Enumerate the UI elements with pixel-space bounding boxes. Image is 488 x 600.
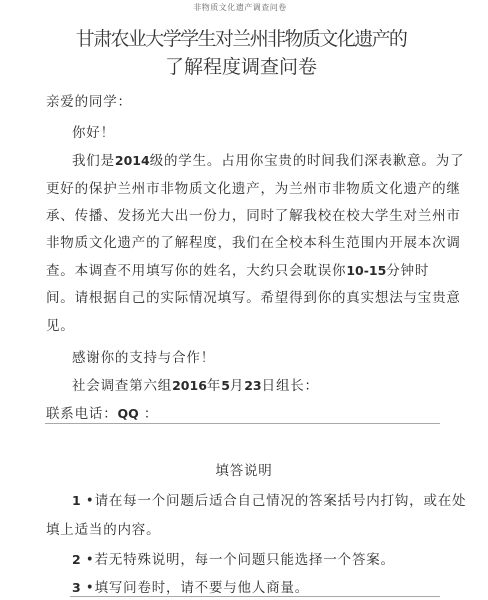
day-unit: 日组长： — [262, 378, 319, 394]
salutation: 亲爱的同学： — [46, 93, 132, 111]
contact-qq: QQ — [118, 406, 139, 421]
contact-label: 联系电话： — [46, 406, 118, 422]
item-number: 1 — [72, 493, 81, 508]
body-line-1: 我们是2014级的学生。占用你宝贵的时间我们深表歉意。为了 — [72, 152, 464, 170]
contact-divider — [45, 423, 440, 424]
signature-month: 5 — [221, 378, 230, 393]
instruction-item-1: 1 •请在每一个问题后适合自己情况的答案括号内打钩，或在处 — [72, 492, 466, 510]
instruction-item-1-cont: 填上适当的内容。 — [46, 521, 160, 539]
signature-line: 社会调查第六组2016年5月23日组长： — [72, 377, 319, 395]
greeting: 你好！ — [72, 124, 115, 142]
year-unit: 年 — [207, 378, 221, 394]
title-line-1: 甘肃农业大学学生对兰州非物质文化遗产的 — [0, 27, 482, 51]
item-number: 2 — [72, 552, 81, 567]
contact-line: 联系电话：QQ ： — [46, 405, 158, 423]
item-text: 填写问卷时，请不要与他人商量。 — [95, 580, 310, 596]
body-line-4: 非物质文化遗产的了解程度，我们在全校本科生范围内开展本次调 — [46, 234, 461, 252]
instructions-divider — [70, 596, 440, 597]
item-number: 3 — [72, 580, 81, 595]
body-year: 2014 — [115, 153, 150, 168]
bullet-icon: • — [81, 580, 95, 596]
item-text: 若无特殊说明，每一个问题只能选择一个答案。 — [95, 552, 395, 568]
body-duration: 10-15 — [346, 263, 386, 278]
body-line-2: 更好的保护兰州市非物质文化遗产，为兰州市非物质文化遗产的继 — [46, 180, 461, 198]
body-text: 级的学生。占用你宝贵的时间我们深表歉意。为了 — [150, 153, 465, 169]
contact-colon: ： — [139, 406, 158, 422]
signature-year: 2016 — [172, 378, 207, 393]
body-line-5: 查。本调查不用填写你的姓名，大约只会耽误你10-15分钟时 — [46, 262, 429, 280]
bullet-icon: • — [81, 493, 95, 509]
body-line-3: 承、传播、发扬光大出一份力，同时了解我校在校大学生对兰州市 — [46, 207, 461, 225]
body-text: 查。本调查不用填写你的姓名，大约只会耽误你 — [46, 263, 346, 279]
signature-group: 社会调查第六组 — [72, 378, 172, 394]
instruction-item-3: 3 •填写问卷时，请不要与他人商量。 — [72, 579, 309, 597]
body-text: 我们是 — [72, 153, 115, 169]
body-text: 分钟时 — [386, 263, 429, 279]
signature-day: 23 — [244, 378, 261, 393]
running-header: 非物质文化遗产调查问卷 — [0, 2, 480, 13]
item-text: 请在每一个问题后适合自己情况的答案括号内打钩，或在处 — [95, 493, 467, 509]
instructions-heading: 填答说明 — [0, 462, 488, 480]
thanks-line: 感谢你的支持与合作！ — [72, 349, 215, 367]
instruction-item-2: 2 •若无特殊说明，每一个问题只能选择一个答案。 — [72, 551, 395, 569]
body-line-6: 间。请根据自己的实际情况填写。希望得到你的真实想法与宝贵意 — [46, 289, 461, 307]
bullet-icon: • — [81, 552, 95, 568]
body-line-7: 见。 — [46, 317, 75, 335]
title-line-2: 了解程度调查问卷 — [0, 55, 482, 79]
month-unit: 月 — [230, 378, 244, 394]
